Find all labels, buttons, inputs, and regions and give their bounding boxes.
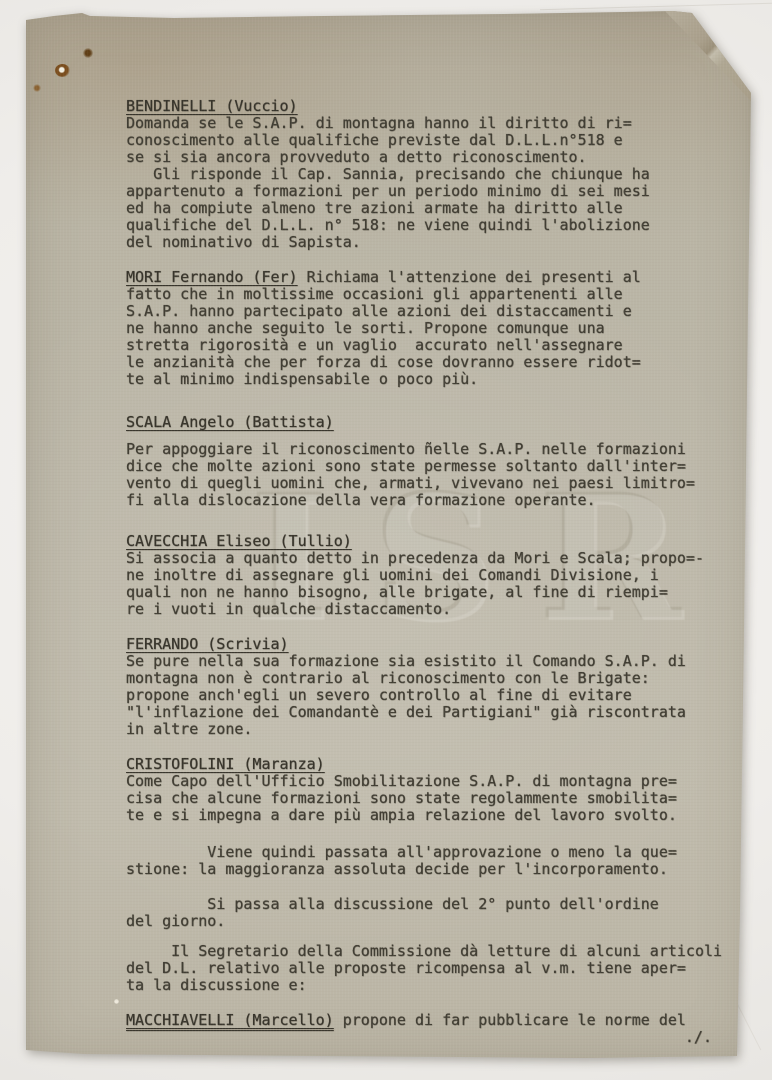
section-body: Come Capo dell'Ufficio Smobilitazione S.… <box>126 773 726 824</box>
section-heading-line: CRISTOFOLINI (Maranza) <box>126 756 726 773</box>
paragraph-segretario: Il Segretario della Commissione dà lettu… <box>126 943 726 994</box>
section-heading-line: MACCHIAVELLI (Marcello) propone di far p… <box>126 1012 726 1029</box>
section-heading-line: SCALA Angelo (Battista) <box>126 414 726 431</box>
heading-continuation: propone di far pubblicare le norme del <box>334 1011 686 1029</box>
section-body: Se pure nella sua formazione sia esistit… <box>126 653 726 738</box>
paper-damage-spot <box>114 999 119 1004</box>
paper-damage-spot <box>55 64 70 77</box>
section-body: Domanda se le S.A.P. di montagna hanno i… <box>126 115 726 251</box>
scan-background: ISR BENDINELLI (Vuccio) Domanda se le S.… <box>0 0 772 1080</box>
end-mark: ./. <box>126 1029 726 1046</box>
section-heading: CRISTOFOLINI (Maranza) <box>126 755 325 773</box>
section-heading: CAVECCHIA Eliseo (Tullio) <box>126 532 352 550</box>
document-page-wrap: ISR BENDINELLI (Vuccio) Domanda se le S.… <box>24 10 752 1064</box>
paper-damage-spot <box>33 84 41 92</box>
document-page: ISR BENDINELLI (Vuccio) Domanda se le S.… <box>24 10 752 1064</box>
section-heading-line: MORI Fernando (Fer) Richiama l'attenzion… <box>126 269 726 286</box>
paragraph-approvazione: Viene quindi passata all'approvazione o … <box>126 844 726 878</box>
section-cavecchia: CAVECCHIA Eliseo (Tullio) Si associa a q… <box>126 533 726 618</box>
section-body: Per appoggiare il riconoscimento ñelle S… <box>126 441 726 509</box>
section-heading-line: CAVECCHIA Eliseo (Tullio) <box>126 533 726 550</box>
section-heading: FERRANDO (Scrivia) <box>126 635 289 653</box>
section-heading-line: FERRANDO (Scrivia) <box>126 636 726 653</box>
section-ferrando: FERRANDO (Scrivia) Se pure nella sua for… <box>126 636 726 738</box>
paper-damage-spot <box>83 48 93 58</box>
heading-continuation: Richiama l'attenzione dei presenti al <box>298 268 641 286</box>
paragraph-ordine-del-giorno: Si passa alla discussione del 2° punto d… <box>126 896 726 930</box>
section-macchiavelli: MACCHIAVELLI (Marcello) propone di far p… <box>126 1012 726 1029</box>
section-heading: MORI Fernando (Fer) <box>126 268 298 286</box>
section-cristofolini: CRISTOFOLINI (Maranza) Come Capo dell'Uf… <box>126 756 726 824</box>
section-heading-line: BENDINELLI (Vuccio) <box>126 98 726 115</box>
section-heading: SCALA Angelo (Battista) <box>126 413 334 431</box>
section-heading: BENDINELLI (Vuccio) <box>126 97 298 115</box>
section-mori: MORI Fernando (Fer) Richiama l'attenzion… <box>126 269 726 388</box>
section-scala: SCALA Angelo (Battista) Per appoggiare i… <box>126 414 726 509</box>
section-body: fatto che in moltissime occasioni gli ap… <box>126 286 726 388</box>
folded-corner <box>664 10 752 102</box>
section-heading: MACCHIAVELLI (Marcello) <box>126 1011 334 1029</box>
section-body: Si associa a quanto detto in precedenza … <box>126 550 726 618</box>
section-bendinelli: BENDINELLI (Vuccio) Domanda se le S.A.P.… <box>126 98 726 251</box>
document-text: BENDINELLI (Vuccio) Domanda se le S.A.P.… <box>126 98 726 1046</box>
